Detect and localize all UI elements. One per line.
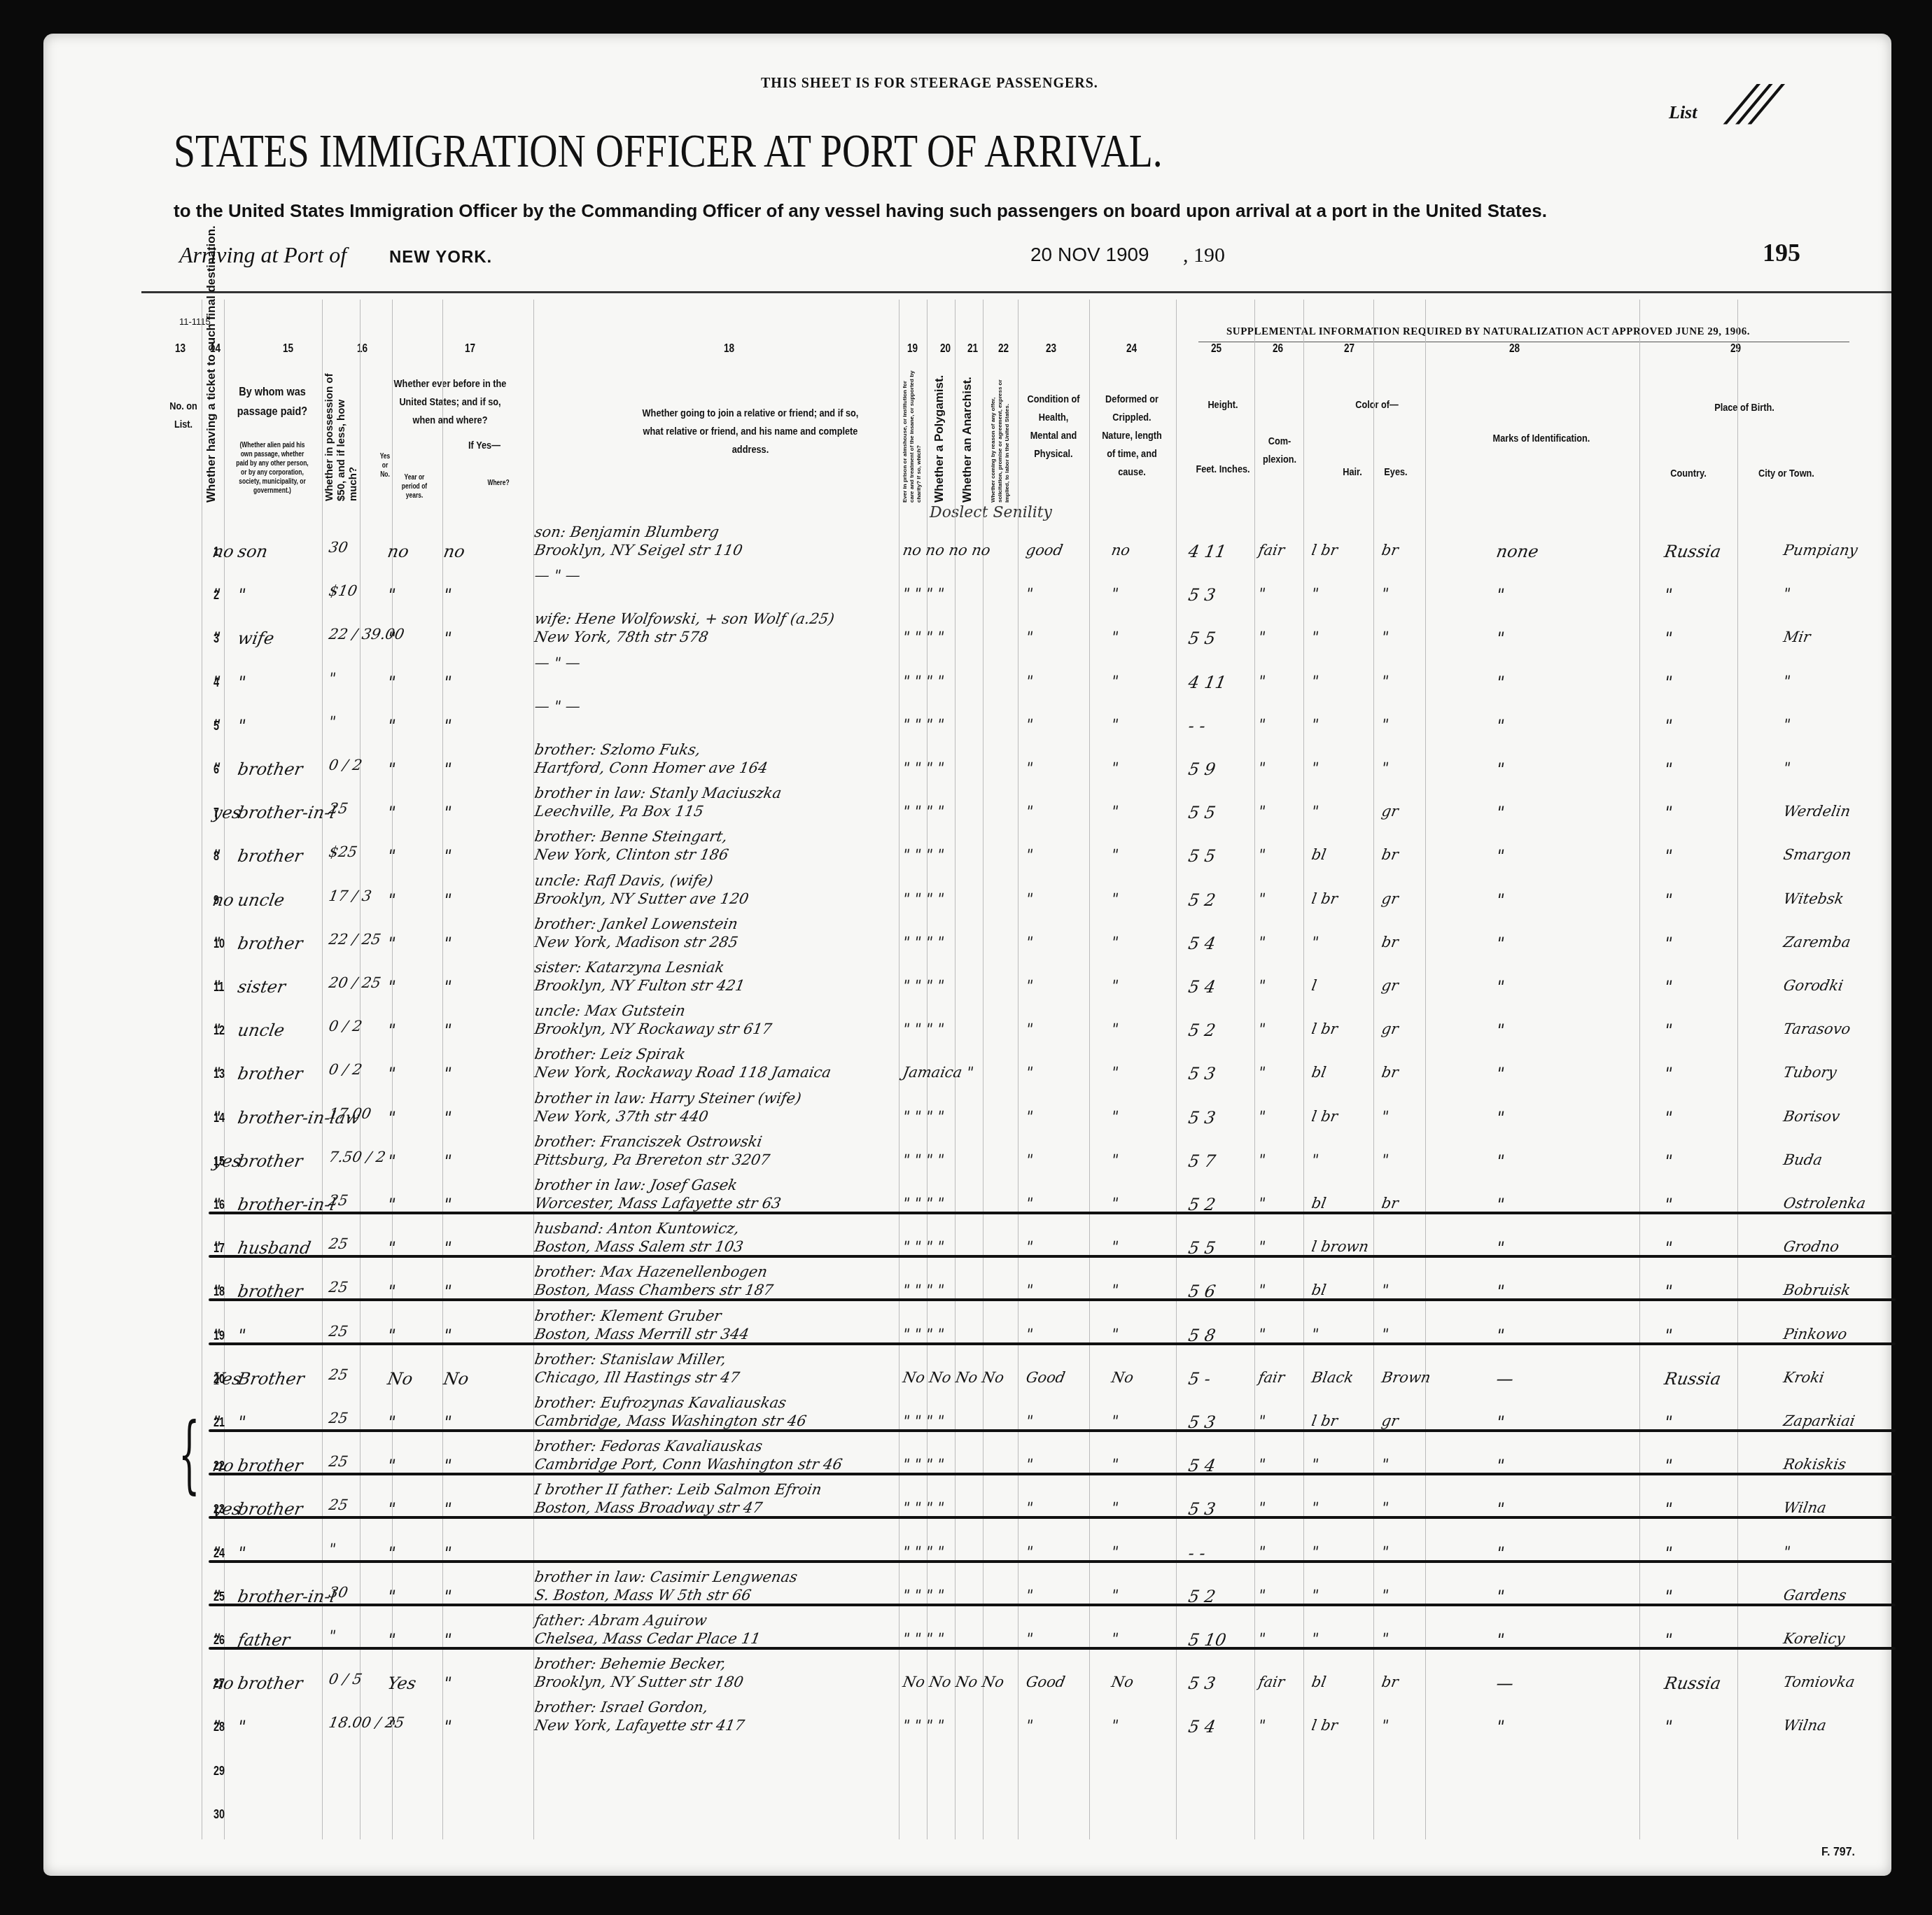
col-num-22: 22 (998, 342, 1009, 356)
money-cell: $10 (328, 582, 358, 599)
deformed-cell: " (1110, 629, 1120, 645)
eyes-cell: " (1380, 1151, 1390, 1168)
relative-name-cell: brother in law: Stanly Maciuszka (533, 785, 783, 801)
flags-cell: " " " " (902, 1456, 946, 1473)
relative-name-cell: uncle: Max Gutstein (533, 1002, 687, 1019)
relative-name-cell: brother: Szlomo Fuks, (533, 741, 702, 758)
eyes-cell: br (1380, 934, 1400, 951)
table-row: 19 " " 25 " " brother: Klement Gruber Bo… (181, 1316, 1896, 1359)
city-cell: Pumpiany (1782, 542, 1859, 559)
money-cell: 30 (328, 1584, 349, 1601)
city-cell: Gorodki (1782, 977, 1844, 994)
eyes-cell: gr (1380, 890, 1400, 907)
header-labor-offer: Whether coming by reason of any offer, s… (990, 370, 1011, 503)
money-cell: 30 (328, 539, 349, 556)
flags-cell: No No No No (902, 1674, 1005, 1690)
height-cell: 5 3 (1187, 1674, 1217, 1693)
passage-paid-cell: " (237, 716, 248, 736)
table-row: 10 " brother 22 / 25 " " brother: Jankel… (181, 924, 1896, 967)
hair-cell: l br (1310, 890, 1339, 907)
health-cell: " (1025, 1108, 1035, 1125)
complexion-cell: " (1257, 1630, 1267, 1647)
relative-name-cell: brother: Behemie Becker, (533, 1655, 727, 1672)
height-cell: 5 4 (1187, 1717, 1217, 1737)
relative-name-cell: — " — (533, 698, 582, 715)
header-country: Country. (1659, 465, 1718, 483)
city-cell: Korelicy (1782, 1630, 1847, 1647)
relative-address-cell: Pittsburg, Pa Brereton str 3207 (533, 1151, 771, 1168)
table-row: 21 " " 25 " " brother: Eufrozynas Kavali… (181, 1403, 1896, 1446)
relative-name-cell: husband: Anton Kuntowicz, (533, 1220, 741, 1237)
before-in-us-cell: " (386, 803, 398, 822)
city-cell: Tomiovka (1782, 1674, 1856, 1690)
health-cell: Good (1025, 1369, 1067, 1386)
table-row: 23 yes brother 25 " " I brother II fathe… (181, 1489, 1896, 1533)
strikethrough-line (209, 1560, 1896, 1563)
relative-name-cell: brother: Max Hazenellenbogen (533, 1263, 769, 1280)
complexion-cell: " (1257, 1543, 1267, 1560)
relative-name-cell: brother: Israel Gordon, (533, 1699, 710, 1716)
complexion-cell: " (1257, 1499, 1267, 1516)
relative-name-cell: brother: Jankel Lowenstein (533, 916, 739, 932)
col-num-21: 21 (967, 342, 978, 356)
marks-cell: " (1495, 846, 1506, 866)
header-eyes: Eyes. (1384, 463, 1408, 482)
table-row: 6 " brother 0 / 2 " " brother: Szlomo Fu… (181, 750, 1896, 793)
ticket-cell: no (211, 1674, 236, 1693)
deformed-cell: " (1110, 716, 1120, 733)
table-row: 24 " " " " " " " " " " " - - " " " " " " (181, 1534, 1896, 1577)
col-num-17: 17 (465, 342, 475, 356)
relative-address-cell: Boston, Mass Salem str 103 (533, 1238, 745, 1255)
deformed-cell: " (1110, 846, 1120, 863)
flags-cell: " " " " (902, 1587, 946, 1604)
city-cell: " (1782, 585, 1792, 602)
table-row: 4 " " " " " — " — " " " " " " 4 11 " " "… (181, 663, 1896, 706)
health-cell: " (1025, 1412, 1035, 1429)
hair-cell: Black (1310, 1369, 1354, 1386)
before-in-us-cell: " (386, 716, 398, 736)
height-cell: 5 5 (1187, 803, 1217, 822)
relative-name-cell: brother: Benne Steingart, (533, 828, 729, 845)
relative-address-cell: S. Boston, Mass W 5th str 66 (533, 1587, 752, 1604)
marks-cell: " (1495, 1064, 1506, 1083)
marks-cell: " (1495, 585, 1506, 605)
relative-address-cell: Chicago, Ill Hastings str 47 (533, 1369, 741, 1386)
deformed-cell: " (1110, 1543, 1120, 1560)
complexion-cell: " (1257, 1412, 1267, 1429)
complexion-cell: " (1257, 1195, 1267, 1212)
deformed-cell: " (1110, 759, 1120, 776)
deformed-cell: " (1110, 934, 1120, 951)
health-cell: " (1025, 1717, 1035, 1734)
yes-no-cell: " (442, 803, 454, 822)
eyes-cell: " (1380, 1499, 1390, 1516)
country-cell: Russia (1663, 1674, 1723, 1693)
marks-cell: " (1495, 803, 1506, 822)
health-cell: " (1025, 673, 1035, 689)
eyes-cell: br (1380, 1674, 1400, 1690)
relative-address-cell: Worcester, Mass Lafayette str 63 (533, 1195, 783, 1212)
city-cell: Pinkowo (1782, 1326, 1849, 1342)
hair-cell: " (1310, 1151, 1320, 1168)
passage-paid-cell: brother (237, 1151, 304, 1171)
table-row: 17 " husband 25 " " husband: Anton Kunto… (181, 1228, 1896, 1272)
table-row: 29 (181, 1751, 1896, 1795)
city-cell: Zaparkiai (1782, 1412, 1856, 1429)
flags-cell: " " " " (902, 977, 946, 994)
hair-cell: bl (1310, 1064, 1327, 1081)
before-in-us-cell: " (386, 759, 398, 779)
header-passage-note: (Whether alien paid his own passage, whe… (234, 441, 311, 496)
yes-no-cell: " (442, 629, 454, 648)
city-cell: " (1782, 1543, 1792, 1560)
health-cell: " (1025, 1238, 1035, 1255)
yes-no-cell: " (442, 890, 454, 910)
money-cell: 17 / 3 (328, 888, 373, 904)
date-stamp: 20 NOV 1909 (1030, 244, 1149, 266)
hair-cell: " (1310, 1456, 1320, 1473)
table-row: 26 " father " " " father: Abram Aguirow … (181, 1620, 1896, 1664)
header-marks: Marks of Identification. (1482, 430, 1601, 448)
flags-cell: " " " " (902, 1543, 946, 1560)
health-cell: " (1025, 1151, 1035, 1168)
eyes-cell: " (1380, 1587, 1390, 1604)
marks-cell: none (1495, 542, 1541, 561)
height-cell: - - (1187, 716, 1207, 736)
marks-cell: — (1495, 1674, 1515, 1693)
relative-address-cell: Brooklyn, NY Rockaway str 617 (533, 1020, 773, 1037)
flags-cell: " " " " (902, 1412, 946, 1429)
supplemental-divider (1198, 342, 1849, 342)
country-cell: " (1663, 1717, 1674, 1737)
deformed-cell: " (1110, 1499, 1120, 1516)
before-in-us-cell: No (386, 1369, 414, 1389)
marks-cell: " (1495, 759, 1506, 779)
hair-cell: l br (1310, 1020, 1339, 1037)
flags-cell: " " " " (902, 1195, 946, 1212)
complexion-cell: " (1257, 1456, 1267, 1473)
table-row: 28 " " 18.00 / 25 " " brother: Israel Go… (181, 1707, 1896, 1751)
row-number: 30 (213, 1807, 230, 1822)
country-cell: " (1663, 934, 1674, 953)
passage-paid-cell: " (237, 673, 248, 692)
relative-address-cell: New York, Madison str 285 (533, 934, 739, 951)
strikethrough-line (209, 1342, 1896, 1345)
table-row: 18 " brother 25 " " brother: Max Hazenel… (181, 1272, 1896, 1315)
passage-paid-cell: " (237, 1717, 248, 1737)
yes-no-cell: " (442, 1064, 454, 1083)
table-row: 30 (181, 1795, 1896, 1838)
hair-cell: " (1310, 629, 1320, 645)
relative-name-cell: — " — (533, 654, 582, 671)
country-cell: " (1663, 585, 1674, 605)
relative-address-cell: Brooklyn, NY Sutter str 180 (533, 1674, 745, 1690)
header-feet-inches: Feet. Inches. (1190, 461, 1256, 479)
table-row: 11 " sister 20 / 25 " " sister: Katarzyn… (181, 967, 1896, 1011)
deformed-cell: " (1110, 1282, 1120, 1298)
complexion-cell: " (1257, 629, 1267, 645)
marks-cell: " (1495, 673, 1506, 692)
money-cell: " (328, 1541, 337, 1557)
col-num-13: 13 (175, 342, 185, 356)
eyes-cell: gr (1380, 803, 1400, 820)
city-cell: Tubory (1782, 1064, 1838, 1081)
relative-name-cell: brother in law: Casimir Lengwenas (533, 1569, 799, 1585)
flags-cell: No No No No (902, 1369, 1005, 1386)
flags-cell: " " " " (902, 1630, 946, 1647)
table-row: 22 no brother 25 " " brother: Fedoras Ka… (181, 1446, 1896, 1489)
deformed-cell: " (1110, 1326, 1120, 1342)
city-cell: Ostrolenka (1782, 1195, 1867, 1212)
yes-no-cell: " (442, 585, 454, 605)
money-cell: 0 / 2 (328, 1018, 363, 1034)
deformed-cell: " (1110, 1064, 1120, 1081)
height-cell: 5 - (1187, 1369, 1212, 1389)
health-cell: " (1025, 1456, 1035, 1473)
hair-cell: " (1310, 803, 1320, 820)
complexion-cell: " (1257, 1326, 1267, 1342)
deformed-cell: " (1110, 1108, 1120, 1125)
complexion-cell: " (1257, 846, 1267, 863)
hair-cell: " (1310, 585, 1320, 602)
relative-name-cell: uncle: Rafl Davis, (wife) (533, 872, 715, 889)
ticket-cell: no (211, 542, 236, 561)
col-num-28: 28 (1509, 342, 1520, 356)
passage-paid-cell: uncle (237, 890, 286, 910)
header-passage-paid: By whom was passage paid? (234, 382, 311, 421)
flags-cell: " " " " (902, 1717, 946, 1734)
strikethrough-line (209, 1255, 1896, 1258)
yes-no-cell: " (442, 846, 454, 866)
city-cell: Witebsk (1782, 890, 1845, 907)
health-cell: " (1025, 759, 1035, 776)
before-in-us-cell: " (386, 890, 398, 910)
eyes-cell: " (1380, 1108, 1390, 1125)
hair-cell: " (1310, 716, 1320, 733)
health-cell: " (1025, 585, 1035, 602)
col-num-18: 18 (724, 342, 734, 356)
header-before-in-us: Whether ever before in the United States… (388, 375, 513, 430)
table-row: 2 " " $10 " " — " — " " " " " " 5 3 " " … (181, 575, 1896, 619)
marks-cell: " (1495, 890, 1506, 910)
strikethrough-line (209, 1212, 1896, 1214)
table-row: 20 Yes Brother 25 No No brother: Stanisl… (181, 1359, 1896, 1403)
passage-paid-cell: brother (237, 1674, 304, 1693)
deformed-cell: " (1110, 1020, 1120, 1037)
col-num-15: 15 (283, 342, 293, 356)
strikethrough-line (209, 1604, 1896, 1606)
col-num-29: 29 (1730, 342, 1741, 356)
before-in-us-cell: no (386, 542, 411, 561)
header-prison: Ever in prison or almshouse, or institut… (902, 370, 923, 503)
eyes-cell: Brown (1380, 1369, 1432, 1386)
complexion-cell: " (1257, 1717, 1267, 1734)
deformed-cell: " (1110, 977, 1120, 994)
header-deformed: Deformed or Crippled. Nature, length of … (1099, 391, 1165, 482)
supplemental-note: SUPPLEMENTAL INFORMATION REQUIRED BY NAT… (1226, 326, 1750, 338)
flags-cell: " " " " (902, 716, 946, 733)
hair-cell: " (1310, 673, 1320, 689)
city-cell: " (1782, 716, 1792, 733)
height-cell: 5 3 (1187, 585, 1217, 605)
marks-cell: " (1495, 977, 1506, 997)
flags-cell: " " " " (902, 1151, 946, 1168)
money-cell: " (328, 1627, 337, 1644)
complexion-cell: " (1257, 1587, 1267, 1604)
city-cell: Kroki (1782, 1369, 1826, 1386)
city-cell: Tarasovo (1782, 1020, 1852, 1037)
relative-address-cell: Cambridge, Mass Washington str 46 (533, 1412, 808, 1429)
country-cell: " (1663, 1064, 1674, 1083)
yes-no-cell: " (442, 1151, 454, 1171)
health-cell: Good (1025, 1674, 1067, 1690)
height-cell: 5 5 (1187, 629, 1217, 648)
complexion-cell: " (1257, 890, 1267, 907)
relative-address-cell: New York, 37th str 440 (533, 1108, 710, 1125)
eyes-cell: " (1380, 1326, 1390, 1342)
relative-address-cell: Brooklyn, NY Fulton str 421 (533, 977, 746, 994)
list-label: List (1669, 102, 1697, 123)
complexion-cell: fair (1257, 1369, 1286, 1386)
steerage-note: THIS SHEET IS FOR STEERAGE PASSENGERS. (761, 76, 1098, 92)
flags-cell: " " " " (902, 585, 946, 602)
flags-cell: " " " " (902, 890, 946, 907)
marks-cell: — (1495, 1369, 1515, 1389)
before-in-us-cell: " (386, 1151, 398, 1171)
eyes-cell: br (1380, 1064, 1400, 1081)
health-cell: " (1025, 1499, 1035, 1516)
flags-cell: " " " " (902, 673, 946, 689)
health-cell: " (1025, 1195, 1035, 1212)
marks-cell: " (1495, 1151, 1506, 1171)
relative-name-cell: brother: Klement Gruber (533, 1307, 723, 1324)
hair-cell: l br (1310, 1717, 1339, 1734)
flags-cell: " " " " (902, 629, 946, 645)
before-in-us-cell: " (386, 934, 398, 953)
money-cell: 25 (328, 1192, 349, 1209)
before-in-us-cell: " (386, 977, 398, 997)
col-num-19: 19 (907, 342, 918, 356)
relative-name-cell: — " — (533, 567, 582, 584)
relative-name-cell: brother in law: Josef Gasek (533, 1177, 738, 1193)
before-in-us-cell: " (386, 673, 398, 692)
header-anarchist: Whether an Anarchist. (960, 370, 974, 503)
money-cell: 17.00 (328, 1105, 372, 1122)
hair-cell: bl (1310, 1674, 1327, 1690)
city-cell: Wilna (1782, 1499, 1828, 1516)
before-in-us-cell: " (386, 585, 398, 605)
eyes-cell: " (1380, 716, 1390, 733)
money-cell: 0 / 5 (328, 1671, 363, 1688)
height-cell: 5 3 (1187, 1064, 1217, 1083)
hair-cell: " (1310, 1543, 1320, 1560)
city-cell: Gardens (1782, 1587, 1848, 1604)
complexion-cell: fair (1257, 1674, 1286, 1690)
health-cell: " (1025, 1630, 1035, 1647)
before-in-us-cell: " (386, 1020, 398, 1040)
money-cell: 25 (328, 1279, 349, 1296)
complexion-cell: " (1257, 1238, 1267, 1255)
list-number: /// (1725, 74, 1780, 132)
header-if-yes: If Yes— (455, 437, 514, 455)
money-cell: " (328, 713, 337, 730)
passage-paid-cell: uncle (237, 1020, 286, 1040)
complexion-cell: " (1257, 1282, 1267, 1298)
relative-address-cell: Leechville, Pa Box 115 (533, 803, 705, 820)
header-place-of-birth: Place of Birth. (1697, 399, 1792, 417)
deformed-cell: " (1110, 890, 1120, 907)
city-cell: Zaremba (1782, 934, 1852, 951)
table-row: 7 yes brother-in-l 25 " " brother in law… (181, 793, 1896, 836)
hair-cell: l brown (1310, 1238, 1370, 1255)
eyes-cell: " (1380, 759, 1390, 776)
table-row: 27 no brother 0 / 5 Yes " brother: Behem… (181, 1664, 1896, 1707)
year-suffix: , 190 (1183, 244, 1225, 267)
health-cell: " (1025, 716, 1035, 733)
table-row: 13 " brother 0 / 2 " " brother: Leiz Spi… (181, 1054, 1896, 1097)
yes-no-cell: " (442, 1108, 454, 1128)
hair-cell: " (1310, 1630, 1320, 1647)
height-cell: 5 4 (1187, 977, 1217, 997)
strikethrough-line (209, 1429, 1896, 1432)
flags-cell: Jamaica " (902, 1064, 975, 1081)
deformed-cell: " (1110, 803, 1120, 820)
relative-name-cell: wife: Hene Wolfowski, + son Wolf (a.25) (533, 610, 836, 627)
complexion-cell: " (1257, 673, 1267, 689)
header-yes-no: Yes or No. (378, 452, 392, 479)
hair-cell: l br (1310, 1412, 1339, 1429)
header-complexion: Com-plexion. (1262, 433, 1298, 469)
health-cell: " (1025, 1064, 1035, 1081)
header-hair: Hair. (1340, 463, 1364, 482)
health-cell: " (1025, 1543, 1035, 1560)
table-row: 12 " uncle 0 / 2 " " uncle: Max Gutstein… (181, 1011, 1896, 1054)
height-cell: 4 11 (1187, 673, 1228, 692)
flags-cell: no no no no (902, 542, 992, 559)
health-cell: " (1025, 1587, 1035, 1604)
eyes-cell: " (1380, 1717, 1390, 1734)
manifest-sheet: THIS SHEET IS FOR STEERAGE PASSENGERS. L… (43, 34, 1891, 1876)
health-cell: " (1025, 803, 1035, 820)
eyes-cell: gr (1380, 977, 1400, 994)
eyes-cell: br (1380, 542, 1400, 559)
port-stamp: NEW YORK. (389, 248, 492, 267)
relative-name-cell: brother: Franciszek Ostrowski (533, 1133, 764, 1150)
health-cell: " (1025, 890, 1035, 907)
deformed-cell: " (1110, 585, 1120, 602)
health-cell: " (1025, 1326, 1035, 1342)
relative-address-cell: Boston, Mass Merrill str 344 (533, 1326, 750, 1342)
passage-paid-cell: sister (237, 977, 288, 997)
health-cell: " (1025, 629, 1035, 645)
col-num-25: 25 (1211, 342, 1221, 356)
city-cell: Grodno (1782, 1238, 1840, 1255)
marks-cell: " (1495, 1020, 1506, 1040)
relative-name-cell: I brother II father: Leib Salmon Efroin (533, 1481, 823, 1498)
complexion-cell: " (1257, 716, 1267, 733)
passage-paid-cell: brother-in-l (237, 803, 337, 822)
country-cell: " (1663, 673, 1674, 692)
relative-address-cell: Boston, Mass Chambers str 187 (533, 1282, 775, 1298)
complexion-cell: " (1257, 1151, 1267, 1168)
table-row: 8 " brother $25 " " brother: Benne Stein… (181, 836, 1896, 880)
money-cell: 25 (328, 800, 349, 817)
height-cell: 5 9 (1187, 759, 1217, 779)
relative-address-cell: New York, Clinton str 186 (533, 846, 730, 863)
relative-address-cell: Chelsea, Mass Cedar Place 11 (533, 1630, 762, 1647)
complexion-cell: " (1257, 759, 1267, 776)
